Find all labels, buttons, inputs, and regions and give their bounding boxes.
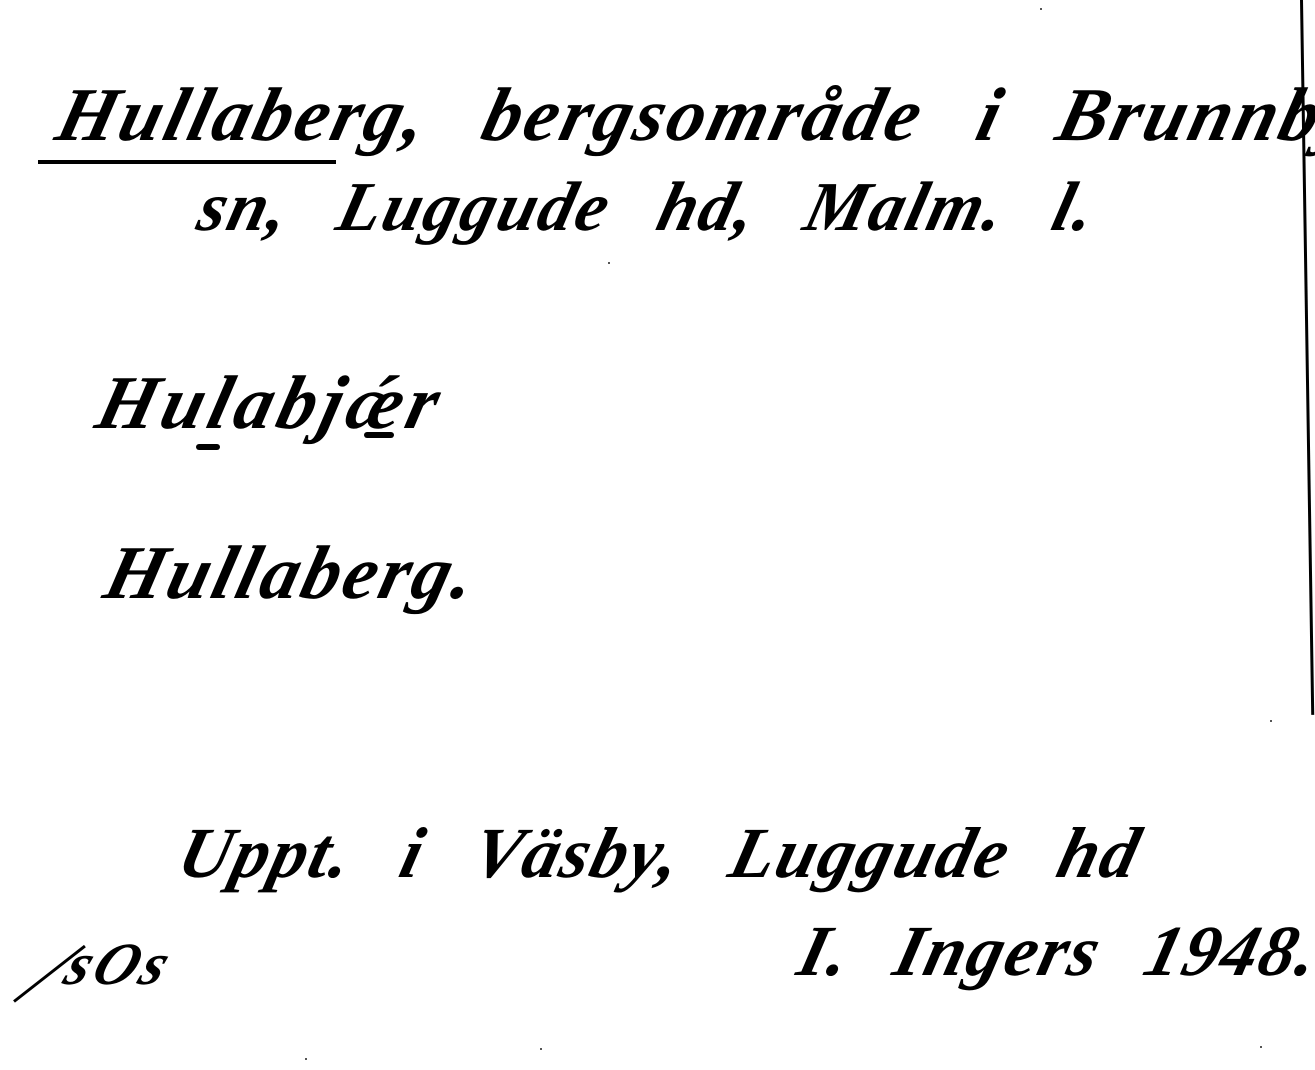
recorder-and-date: I. Ingers 1948. — [790, 910, 1315, 993]
entry-description-1: , bergsområde i Brunnby — [396, 73, 1315, 157]
headword-underline — [38, 160, 336, 164]
archive-card: Hullaberg, bergsområde i Brunnby sn, Lug… — [0, 0, 1315, 1070]
entry-line-1: Hullaberg, bergsområde i Brunnby — [48, 72, 1315, 159]
scan-speck — [305, 1058, 307, 1060]
dialect-form: Hulabjǽr — [88, 360, 454, 447]
entry-line-2: sn, Luggude hd, Malm. l. — [190, 168, 1105, 248]
length-mark-l — [196, 444, 220, 450]
archive-mark: sOs — [55, 930, 185, 999]
recorded-location: Uppt. i Väsby, Luggude hd — [170, 812, 1150, 895]
standard-form: Hullaberg. — [96, 530, 488, 617]
scan-speck — [608, 262, 610, 264]
length-mark-ae — [364, 432, 394, 438]
scan-speck — [1260, 1046, 1262, 1048]
scan-speck — [1040, 8, 1042, 10]
scan-speck — [540, 1048, 542, 1050]
scan-speck — [1270, 720, 1272, 722]
headword: Hullaberg — [48, 72, 418, 159]
